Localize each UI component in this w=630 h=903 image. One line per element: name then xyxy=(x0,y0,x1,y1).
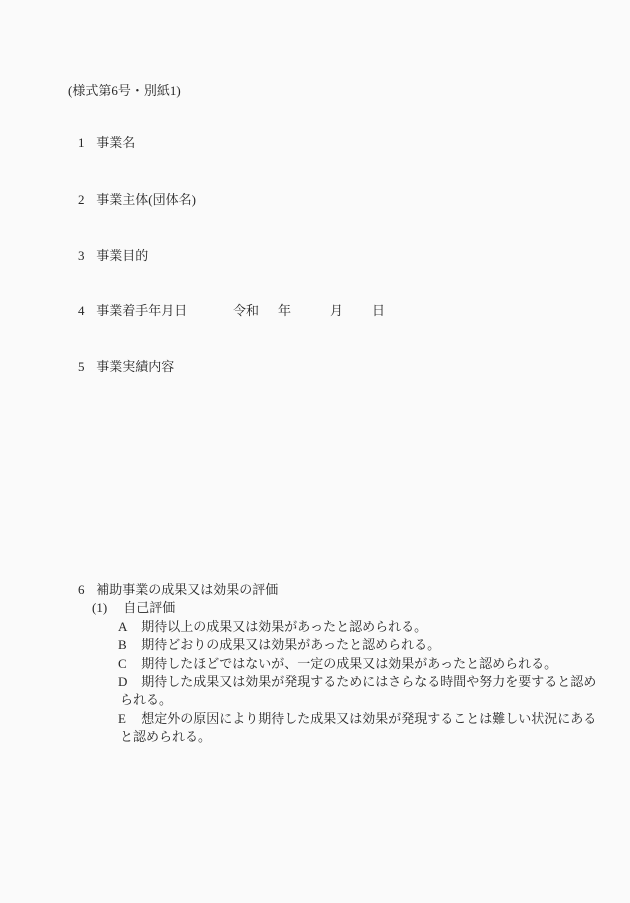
option-text: 期待したほどではないが、一定の成果又は効果があったと認められる。 xyxy=(141,656,557,671)
field-label: 事業主体(団体名) xyxy=(96,192,196,207)
option-letter: E xyxy=(118,710,138,728)
date-era-label: 令和 xyxy=(233,302,259,320)
field-row-business-purpose: 3 事業目的 xyxy=(78,247,148,265)
evaluation-option-d-continuation: られる。 xyxy=(120,691,172,709)
date-day-label: 日 xyxy=(372,302,385,320)
sub-label: 自己評価 xyxy=(123,600,175,615)
option-letter: A xyxy=(118,618,138,636)
field-row-start-date: 4 事業着手年月日 令和 年 月 日 xyxy=(78,302,187,320)
self-evaluation-heading: (1) 自己評価 xyxy=(92,599,175,617)
option-text: 期待以上の成果又は効果があったと認められる。 xyxy=(141,619,427,634)
option-text: 想定外の原因により期待した成果又は効果が発現することは難しい状況にある xyxy=(141,711,596,726)
field-label: 事業着手年月日 xyxy=(96,303,187,318)
document-page: (様式第6号・別紙1) 1 事業名 2 事業主体(団体名) 3 事業目的 4 事… xyxy=(0,0,630,903)
date-year-label: 年 xyxy=(278,302,291,320)
option-text: 期待どおりの成果又は効果があったと認められる。 xyxy=(141,637,440,652)
evaluation-option-b: B 期待どおりの成果又は効果があったと認められる。 xyxy=(118,636,440,654)
evaluation-option-d: D 期待した成果又は効果が発現するためにはさらなる時間や努力を要すると認め xyxy=(118,673,596,691)
field-label: 補助事業の成果又は効果の評価 xyxy=(96,582,278,597)
evaluation-option-e-continuation: と認められる。 xyxy=(120,728,211,746)
field-number: 4 xyxy=(78,302,93,320)
evaluation-option-c: C 期待したほどではないが、一定の成果又は効果があったと認められる。 xyxy=(118,655,557,673)
field-row-business-entity: 2 事業主体(団体名) xyxy=(78,191,196,209)
evaluation-option-e: E 想定外の原因により期待した成果又は効果が発現することは難しい状況にある xyxy=(118,710,596,728)
field-number: 1 xyxy=(78,134,93,152)
field-row-evaluation: 6 補助事業の成果又は効果の評価 xyxy=(78,581,278,599)
field-number: 2 xyxy=(78,191,93,209)
field-label: 事業目的 xyxy=(96,248,148,263)
option-letter: C xyxy=(118,655,138,673)
field-row-business-name: 1 事業名 xyxy=(78,134,135,152)
option-letter: D xyxy=(118,673,138,691)
sub-number: (1) xyxy=(92,599,120,617)
field-number: 6 xyxy=(78,581,93,599)
field-label: 事業名 xyxy=(96,135,135,150)
field-number: 5 xyxy=(78,358,93,376)
field-number: 3 xyxy=(78,247,93,265)
field-label: 事業実績内容 xyxy=(96,359,174,374)
option-text: 期待した成果又は効果が発現するためにはさらなる時間や努力を要すると認め xyxy=(141,674,596,689)
field-row-business-results: 5 事業実績内容 xyxy=(78,358,174,376)
evaluation-option-a: A 期待以上の成果又は効果があったと認められる。 xyxy=(118,618,427,636)
option-letter: B xyxy=(118,636,138,654)
form-tag: (様式第6号・別紙1) xyxy=(68,82,181,100)
date-month-label: 月 xyxy=(330,302,343,320)
